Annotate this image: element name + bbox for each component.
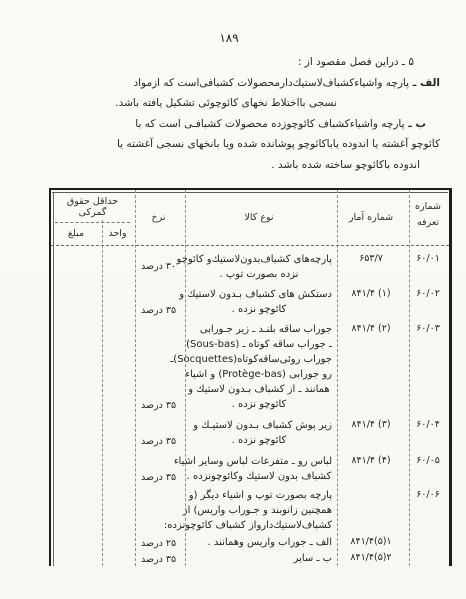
unit-cell	[101, 488, 134, 533]
table-row: ۶۰/۰۶پارچه بصورت توپ و اشیاء دیگر (وهمچن…	[51, 488, 449, 533]
intro-paragraphs: ۵ ـ دراین فصل مقصود از :الف ـ پارچه واشی…	[12, 52, 440, 175]
unit-cell	[101, 535, 134, 550]
unit-cell	[101, 454, 134, 484]
intro-line: کائوچو آغشته یا اندوده یاباکائوچو پوشاند…	[12, 134, 440, 155]
header-amount: مبلغ	[51, 228, 101, 239]
goods-description-line: کائوچو نزده .	[186, 397, 332, 412]
intro-line: ۵ ـ دراین فصل مقصود از :	[12, 52, 440, 73]
intro-line: اندوده باکائوچو ساخته شده باشد .	[12, 155, 440, 176]
header-rate: نرخ	[134, 190, 183, 245]
goods-description-cell: زیر پوش کشباف بـدون لاستیـك وکائوچو نزده…	[183, 418, 335, 448]
goods-description-line: کشباف بدون لاستیك وکائوچونزده .	[186, 469, 332, 484]
goods-description-line: دستکش های کشباف بـدون لاستیك و	[186, 287, 332, 302]
statistics-number-cell: ۸۴۱/۴(۵)۱	[335, 535, 407, 550]
amount-cell	[51, 418, 101, 448]
goods-description-cell: پارچه‌های کشباف‌بدون‌لاستیك‌و کائوچونزده…	[183, 252, 335, 282]
rate-cell: ۳۵ درصد	[134, 551, 183, 566]
statistics-number-cell: ۸۴۱/۴ (۳)	[335, 418, 407, 448]
goods-description-line: کائوچو نزده .	[186, 302, 332, 317]
tariff-number-cell	[407, 535, 449, 550]
statistics-number-cell: ۸۴۱/۴ (۲)	[335, 322, 407, 412]
rate-cell: ۳۵ درصد	[134, 287, 183, 317]
column-divider	[409, 190, 410, 566]
header-unit: واحد	[101, 228, 134, 239]
rate-cell: ۳۵ درصد	[134, 418, 183, 448]
column-divider	[135, 190, 136, 566]
tariff-number-cell	[407, 551, 449, 566]
unit-cell	[101, 287, 134, 317]
intro-line-lead: الف ـ	[409, 77, 440, 89]
header-tariff-line2: تعرفه	[407, 215, 449, 231]
intro-line: ب ـ پارچه واشیاءکشباف کائوچوزده محصولات …	[12, 114, 440, 135]
table-row: ۶۰/۰۲۸۴۱/۴ (۱)دستکش های کشباف بـدون لاست…	[51, 287, 449, 317]
amount-cell	[51, 287, 101, 317]
goods-description-line: پارچه‌های کشباف‌بدون‌لاستیك‌و کائوچو	[186, 252, 332, 267]
page-number: ۱۸۹	[0, 31, 458, 45]
intro-line-lead: ب ـ	[405, 118, 426, 130]
header-goods-type: نوع کالا	[183, 190, 335, 245]
tariff-number-cell: ۶۰/۰۶	[407, 488, 449, 533]
intro-line: نسجی بااختلاط نخهای کائوچوئی تشکیل یافته…	[12, 93, 440, 114]
table-row: ۶۰/۰۵۸۴۱/۴ (۴)لباس رو ـ متفرعات لباس وسا…	[51, 454, 449, 484]
goods-description-line: ب ـ سایر	[186, 551, 332, 566]
statistics-number-cell: ۸۴۱/۴ (۱)	[335, 287, 407, 317]
column-divider	[337, 190, 338, 566]
goods-description-line: همانند ـ از کشباف بـدون لاستیك و	[186, 382, 332, 397]
table-header: شماره تعرفه شماره آمار نوع کالا نرخ حداق…	[51, 190, 449, 246]
intro-line: الف ـ پارچه واشیاءکشباف‌لاستیك‌دارمحصولا…	[12, 73, 440, 94]
tariff-number-cell: ۶۰/۰۴	[407, 418, 449, 448]
statistics-number-cell	[335, 488, 407, 533]
header-tariff-number: شماره تعرفه	[407, 190, 449, 245]
statistics-number-cell: ۶۵۳/۷	[335, 252, 407, 282]
header-duty-subcolumns: واحد مبلغ	[51, 223, 134, 239]
header-statistics-number: شماره آمار	[335, 190, 407, 245]
goods-description-cell: ب ـ سایر	[183, 551, 335, 566]
goods-description-line: پارچه بصورت توپ و اشیاء دیگر (و	[186, 488, 332, 503]
rate-cell: ۲۵ درصد	[134, 535, 183, 550]
goods-description-line: زیر پوش کشباف بـدون لاستیـك و	[186, 418, 332, 433]
unit-cell	[101, 551, 134, 566]
goods-description-line: همچنین زانوبند و جـوراب واریس) از	[186, 503, 332, 518]
rate-cell: ۳۰ درصد	[134, 252, 183, 282]
goods-description-line: جوراب ساقه بلنـد ـ زیر جـورابی	[186, 322, 332, 337]
column-divider	[185, 190, 186, 566]
amount-cell	[51, 252, 101, 282]
header-minimum-duty-title: حداقل حقوق گمرکی	[55, 196, 130, 223]
scanned-document-page: ۱۸۹ ۵ ـ دراین فصل مقصود از :الف ـ پارچه …	[0, 0, 466, 599]
goods-description-line: جوراب روئی‌ساقه‌کوتاه(Socquettes)ـ	[186, 352, 332, 367]
tariff-table: شماره تعرفه شماره آمار نوع کالا نرخ حداق…	[49, 188, 452, 566]
table-body: ۶۰/۰۱۶۵۳/۷پارچه‌های کشباف‌بدون‌لاستیك‌و …	[51, 246, 449, 566]
amount-cell	[51, 551, 101, 566]
goods-description-cell: الف ـ جوراب واریس وهمانند .	[183, 535, 335, 550]
tariff-number-cell: ۶۰/۰۱	[407, 252, 449, 282]
table-row: ۶۰/۰۴۸۴۱/۴ (۳)زیر پوش کشباف بـدون لاستیـ…	[51, 418, 449, 448]
tariff-number-cell: ۶۰/۰۲	[407, 287, 449, 317]
column-divider	[102, 220, 103, 566]
goods-description-cell: لباس رو ـ متفرعات لباس وسایر اشیاءکشباف …	[183, 454, 335, 484]
goods-description-cell: دستکش های کشباف بـدون لاستیك وکائوچو نزد…	[183, 287, 335, 317]
goods-description-line: الف ـ جوراب واریس وهمانند .	[186, 535, 332, 550]
unit-cell	[101, 418, 134, 448]
goods-description-line: نزده بصورت توپ .	[186, 267, 332, 282]
goods-description-line: ـ جوراب ساقه کوتاه ـ (Sous-bas)	[186, 337, 332, 352]
header-tariff-line1: شماره	[407, 199, 449, 215]
table-row: ۶۰/۰۳۸۴۱/۴ (۲)جوراب ساقه بلنـد ـ زیر جـو…	[51, 322, 449, 412]
goods-description-line: کائوچو نزده .	[186, 433, 332, 448]
statistics-number-cell: ۸۴۱/۴(۵)۲	[335, 551, 407, 566]
unit-cell	[101, 252, 134, 282]
amount-cell	[51, 535, 101, 550]
statistics-number-cell: ۸۴۱/۴ (۴)	[335, 454, 407, 484]
tariff-number-cell: ۶۰/۰۵	[407, 454, 449, 484]
table-row: ۶۰/۰۱۶۵۳/۷پارچه‌های کشباف‌بدون‌لاستیك‌و …	[51, 252, 449, 282]
rate-cell: ۳۵ درصد	[134, 322, 183, 412]
amount-cell	[51, 322, 101, 412]
rate-cell	[134, 488, 183, 533]
table-row: ۸۴۱/۴(۵)۱الف ـ جوراب واریس وهمانند .۲۵ د…	[51, 535, 449, 550]
goods-description-line: کشباف‌لاستیك‌دارواز کشباف کائوچونزده:	[186, 518, 332, 533]
table-row: ۸۴۱/۴(۵)۲ب ـ سایر۳۵ درصد	[51, 551, 449, 566]
unit-cell	[101, 322, 134, 412]
rate-cell: ۳۵ درصد	[134, 454, 183, 484]
goods-description-line: لباس رو ـ متفرعات لباس وسایر اشیاء	[186, 454, 332, 469]
amount-cell	[51, 454, 101, 484]
goods-description-cell: پارچه بصورت توپ و اشیاء دیگر (وهمچنین زا…	[183, 488, 335, 533]
amount-cell	[51, 488, 101, 533]
goods-description-cell: جوراب ساقه بلنـد ـ زیر جـورابیـ جوراب سا…	[183, 322, 335, 412]
tariff-number-cell: ۶۰/۰۳	[407, 322, 449, 412]
header-minimum-duty-group: حداقل حقوق گمرکی واحد مبلغ	[51, 190, 134, 245]
goods-description-line: رو جورابی (Protège-bas) و اشیاء	[186, 367, 332, 382]
